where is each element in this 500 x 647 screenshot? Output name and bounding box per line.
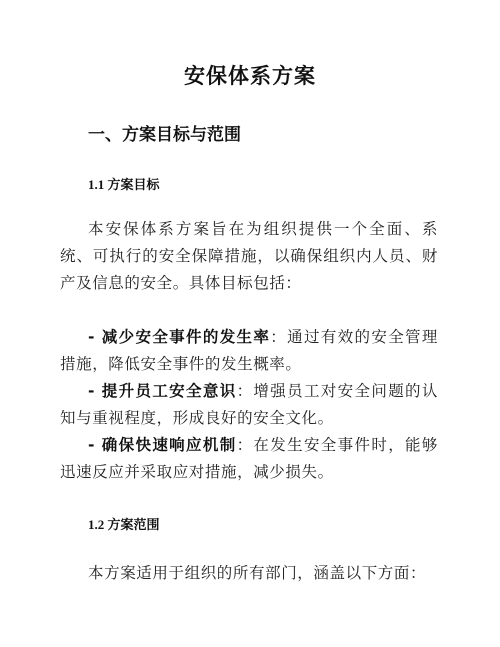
bullet-separator: ： xyxy=(237,382,254,400)
bullet-label: - 确保快速响应机制 xyxy=(88,436,237,454)
bullet-label: - 提升员工安全意识 xyxy=(88,382,237,400)
subsection-heading-scope: 1.2 方案范围 xyxy=(88,514,160,533)
section-heading: 一、方案目标与范围 xyxy=(88,120,241,145)
bullet-separator: ： xyxy=(270,328,287,346)
goals-intro-paragraph: 本安保体系方案旨在为组织提供一个全面、系统、可执行的安全保障措施，以确保组织内人… xyxy=(60,216,438,297)
document-title: 安保体系方案 xyxy=(0,60,500,90)
bullet-item: - 确保快速响应机制：在发生安全事件时，能够迅速反应并采取应对措施，减少损失。 xyxy=(60,432,438,486)
scope-intro-paragraph: 本方案适用于组织的所有部门，涵盖以下方面： xyxy=(60,560,438,587)
bullet-separator: ： xyxy=(237,436,254,454)
bullet-label: - 减少安全事件的发生率 xyxy=(88,328,270,346)
bullet-item: - 提升员工安全意识：增强员工对安全问题的认知与重视程度，形成良好的安全文化。 xyxy=(60,378,438,432)
subsection-heading-goals: 1.1 方案目标 xyxy=(88,174,160,193)
document-page: 安保体系方案 一、方案目标与范围 1.1 方案目标 本安保体系方案旨在为组织提供… xyxy=(0,0,500,647)
bullet-item: - 减少安全事件的发生率：通过有效的安全管理措施，降低安全事件的发生概率。 xyxy=(60,324,438,378)
